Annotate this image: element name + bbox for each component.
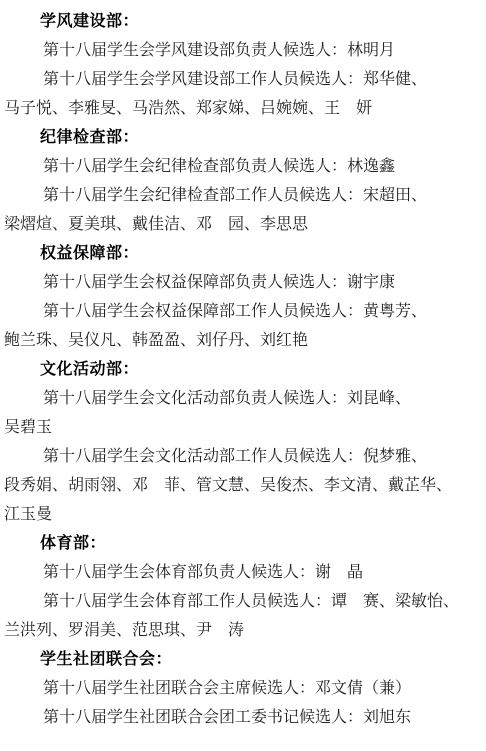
section-culture-activity-department: 文化活动部： 第十八届学生会文化活动部负责人候选人：刘昆峰、 吴碧玉 第十八届学…: [4, 355, 480, 529]
candidate-line-staff: 第十八届学生会权益保障部工作人员候选人：黄粤芳、 鲍兰珠、吴仪凡、韩盈盈、刘仔丹…: [4, 297, 480, 355]
candidate-line-staff: 第十八届学生会学风建设部工作人员候选人：郑华健、 马子悦、李雅旻、马浩然、郑家娣…: [4, 65, 480, 123]
candidate-line-secretary: 第十八届学生社团联合会团工委书记候选人：刘旭东: [4, 703, 480, 732]
candidate-line-leader: 第十八届学生会学风建设部负责人候选人：林明月: [4, 36, 480, 65]
section-student-association-federation: 学生社团联合会： 第十八届学生社团联合会主席候选人：邓文倩（兼） 第十八届学生社…: [4, 645, 480, 732]
section-heading: 权益保障部：: [4, 239, 480, 268]
section-heading: 文化活动部：: [4, 355, 480, 384]
candidate-line-staff: 第十八届学生会体育部工作人员候选人：谭 赛、梁敏怡、 兰洪列、罗涓美、范思琪、尹…: [4, 587, 480, 645]
candidate-line-leader: 第十八届学生会权益保障部负责人候选人：谢宇康: [4, 268, 480, 297]
candidate-line-staff: 第十八届学生会纪律检查部工作人员候选人：宋超田、 梁熠煊、夏美琪、戴佳洁、邓 园…: [4, 181, 480, 239]
section-sports-department: 体育部： 第十八届学生会体育部负责人候选人：谢 晶 第十八届学生会体育部工作人员…: [4, 529, 480, 645]
section-discipline-inspection-department: 纪律检查部： 第十八届学生会纪律检查部负责人候选人：林逸鑫 第十八届学生会纪律检…: [4, 123, 480, 239]
section-study-style-department: 学风建设部： 第十八届学生会学风建设部负责人候选人：林明月 第十八届学生会学风建…: [4, 7, 480, 123]
section-heading: 学生社团联合会：: [4, 645, 480, 674]
candidate-line-leader: 第十八届学生会体育部负责人候选人：谢 晶: [4, 558, 480, 587]
section-heading: 体育部：: [4, 529, 480, 558]
candidate-line-staff: 第十八届学生会文化活动部工作人员候选人：倪梦雅、 段秀娟、胡雨翎、邓 菲、管文慧…: [4, 442, 480, 529]
candidate-line-leader: 第十八届学生会纪律检查部负责人候选人：林逸鑫: [4, 152, 480, 181]
document-page: 学风建设部： 第十八届学生会学风建设部负责人候选人：林明月 第十八届学生会学风建…: [0, 0, 486, 751]
section-rights-protection-department: 权益保障部： 第十八届学生会权益保障部负责人候选人：谢宇康 第十八届学生会权益保…: [4, 239, 480, 355]
candidate-line-leader: 第十八届学生会文化活动部负责人候选人：刘昆峰、 吴碧玉: [4, 384, 480, 442]
section-heading: 纪律检查部：: [4, 123, 480, 152]
candidate-line-chairman: 第十八届学生社团联合会主席候选人：邓文倩（兼）: [4, 674, 480, 703]
section-heading: 学风建设部：: [4, 7, 480, 36]
